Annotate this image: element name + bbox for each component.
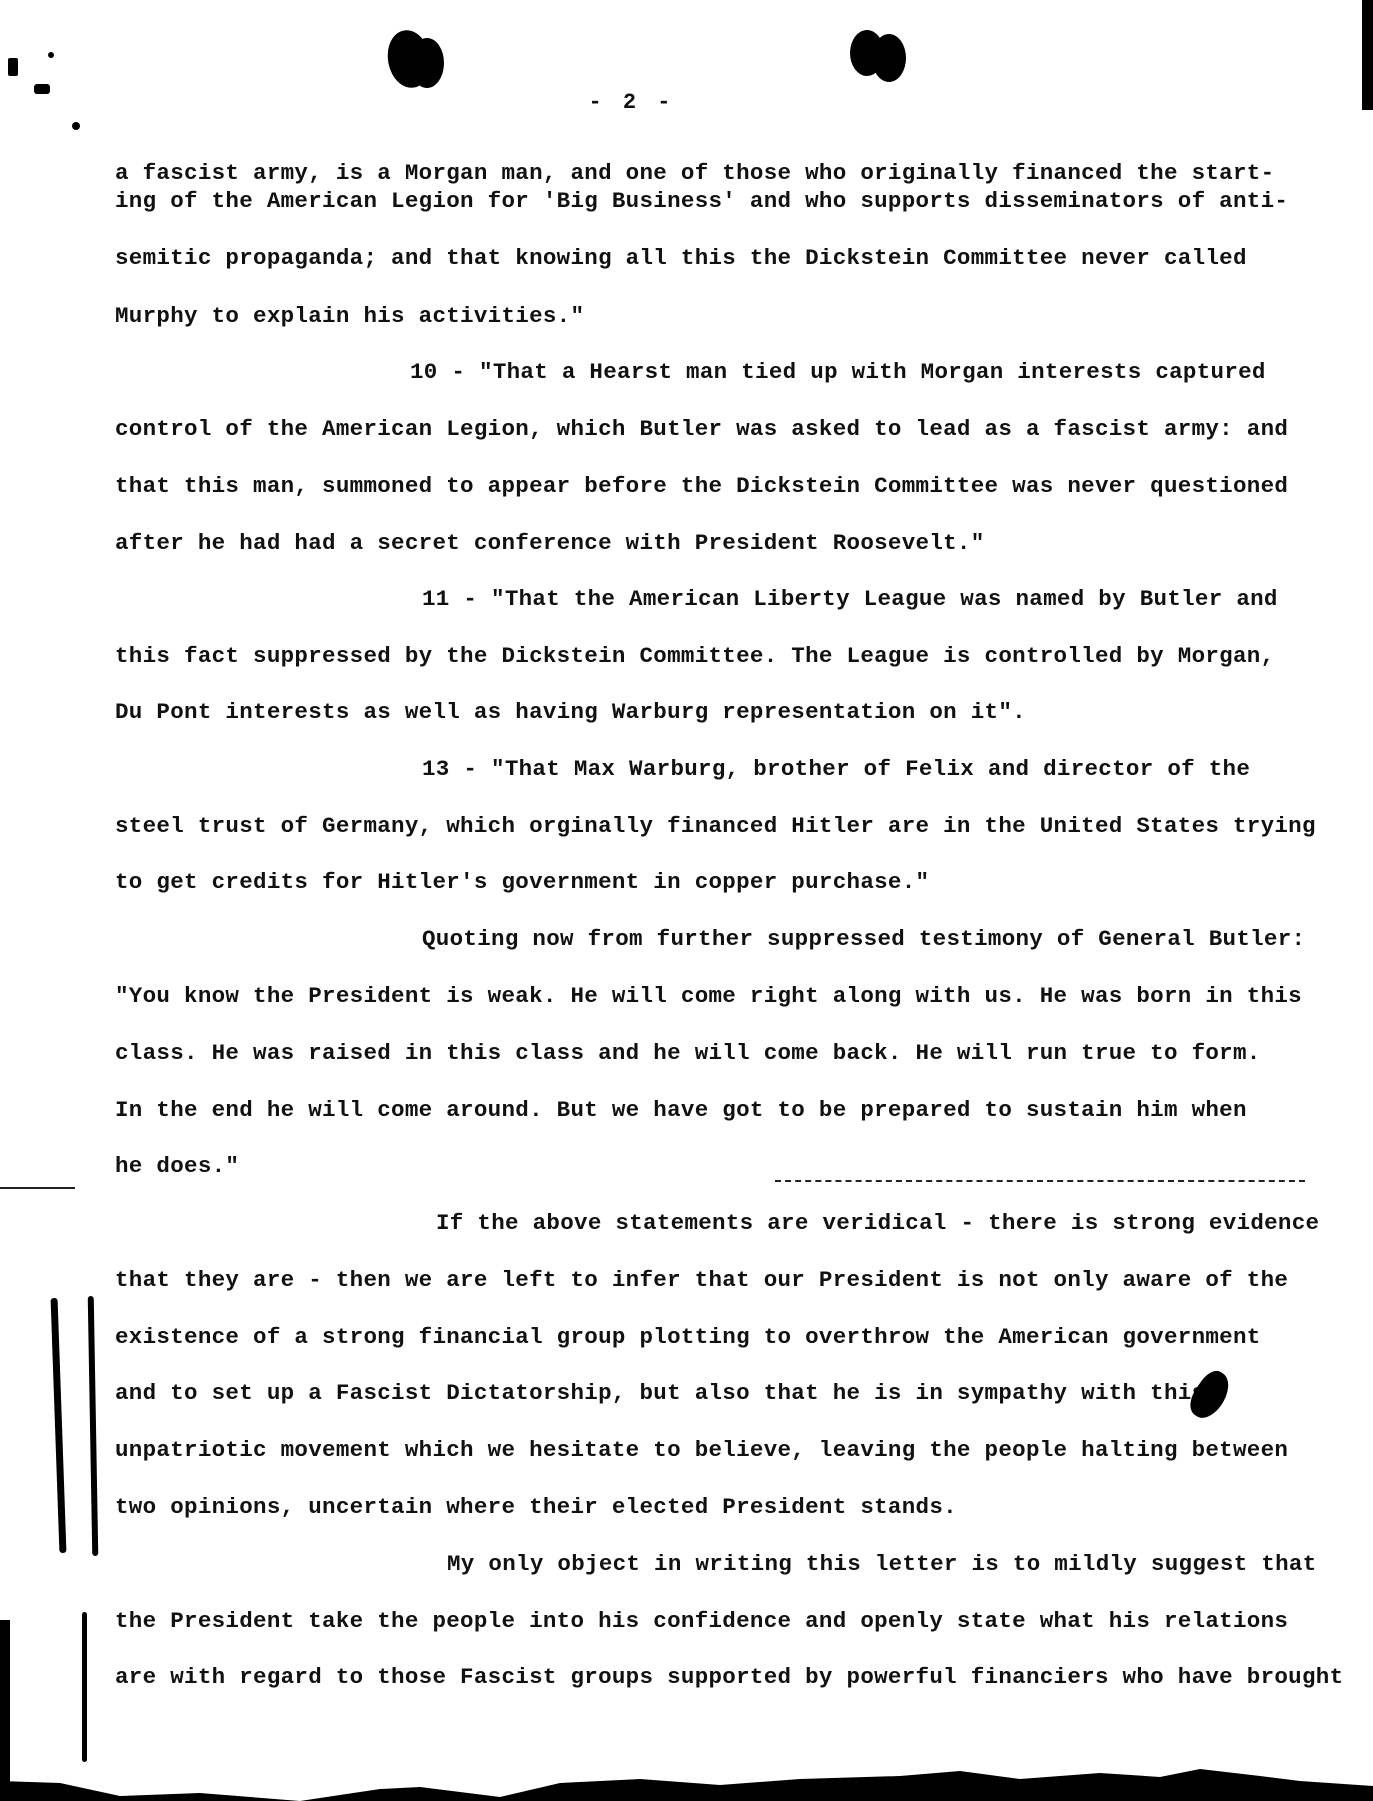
text-line: are with regard to those Fascist groups … — [115, 1664, 1343, 1690]
punch-hole-blot-left-2 — [410, 38, 444, 88]
text-line: that they are - then we are left to infe… — [115, 1267, 1288, 1293]
text-line: and to set up a Fascist Dictatorship, bu… — [115, 1380, 1205, 1406]
document-page: - 2 - a fascist army, is a Morgan man, a… — [0, 0, 1373, 1801]
speck — [48, 52, 54, 58]
text-line: ing of the American Legion for 'Big Busi… — [115, 188, 1288, 214]
text-line: a fascist army, is a Morgan man, and one… — [115, 160, 1274, 186]
speck — [8, 58, 18, 76]
text-line: steel trust of Germany, which orginally … — [115, 813, 1316, 839]
text-line: 13 - "That Max Warburg, brother of Felix… — [422, 756, 1250, 782]
text-line: existence of a strong financial group pl… — [115, 1324, 1261, 1350]
page-number: - 2 - — [0, 90, 1263, 115]
text-line: "You know the President is weak. He will… — [115, 983, 1302, 1009]
text-line: he does." — [115, 1153, 239, 1179]
text-line: Du Pont interests as well as having Warb… — [115, 699, 1026, 725]
torn-bottom-edge — [0, 1741, 1373, 1801]
text-line: 11 - "That the American Liberty League w… — [422, 586, 1278, 612]
text-line: this fact suppressed by the Dickstein Co… — [115, 643, 1274, 669]
text-line: 10 - "That a Hearst man tied up with Mor… — [410, 359, 1266, 385]
stray-rule-left — [0, 1187, 75, 1190]
text-line: two opinions, uncertain where their elec… — [115, 1494, 957, 1520]
text-line: after he had had a secret conference wit… — [115, 530, 985, 556]
text-line: Quoting now from further suppressed test… — [422, 926, 1305, 952]
punch-hole-blot-right-2 — [872, 34, 906, 82]
text-line: class. He was raised in this class and h… — [115, 1040, 1261, 1066]
text-line: control of the American Legion, which Bu… — [115, 416, 1288, 442]
text-line: the President take the people into his c… — [115, 1608, 1288, 1634]
text-line: semitic propaganda; and that knowing all… — [115, 245, 1247, 271]
stray-rule-right — [775, 1180, 1305, 1183]
text-line: Murphy to explain his activities." — [115, 303, 584, 329]
text-line: unpatriotic movement which we hesitate t… — [115, 1437, 1288, 1463]
ink-blot — [1183, 1366, 1236, 1424]
margin-mark-bar-1 — [51, 1298, 67, 1553]
text-line: that this man, summoned to appear before… — [115, 473, 1288, 499]
text-line: If the above statements are veridical - … — [436, 1210, 1319, 1236]
speck — [72, 122, 80, 130]
text-line: My only object in writing this letter is… — [447, 1551, 1317, 1577]
text-line: In the end he will come around. But we h… — [115, 1097, 1247, 1123]
margin-mark-bar-2 — [88, 1296, 99, 1556]
right-edge-shadow — [1362, 0, 1373, 110]
margin-mark-bar-3 — [82, 1612, 87, 1762]
text-line: to get credits for Hitler's government i… — [115, 869, 929, 895]
